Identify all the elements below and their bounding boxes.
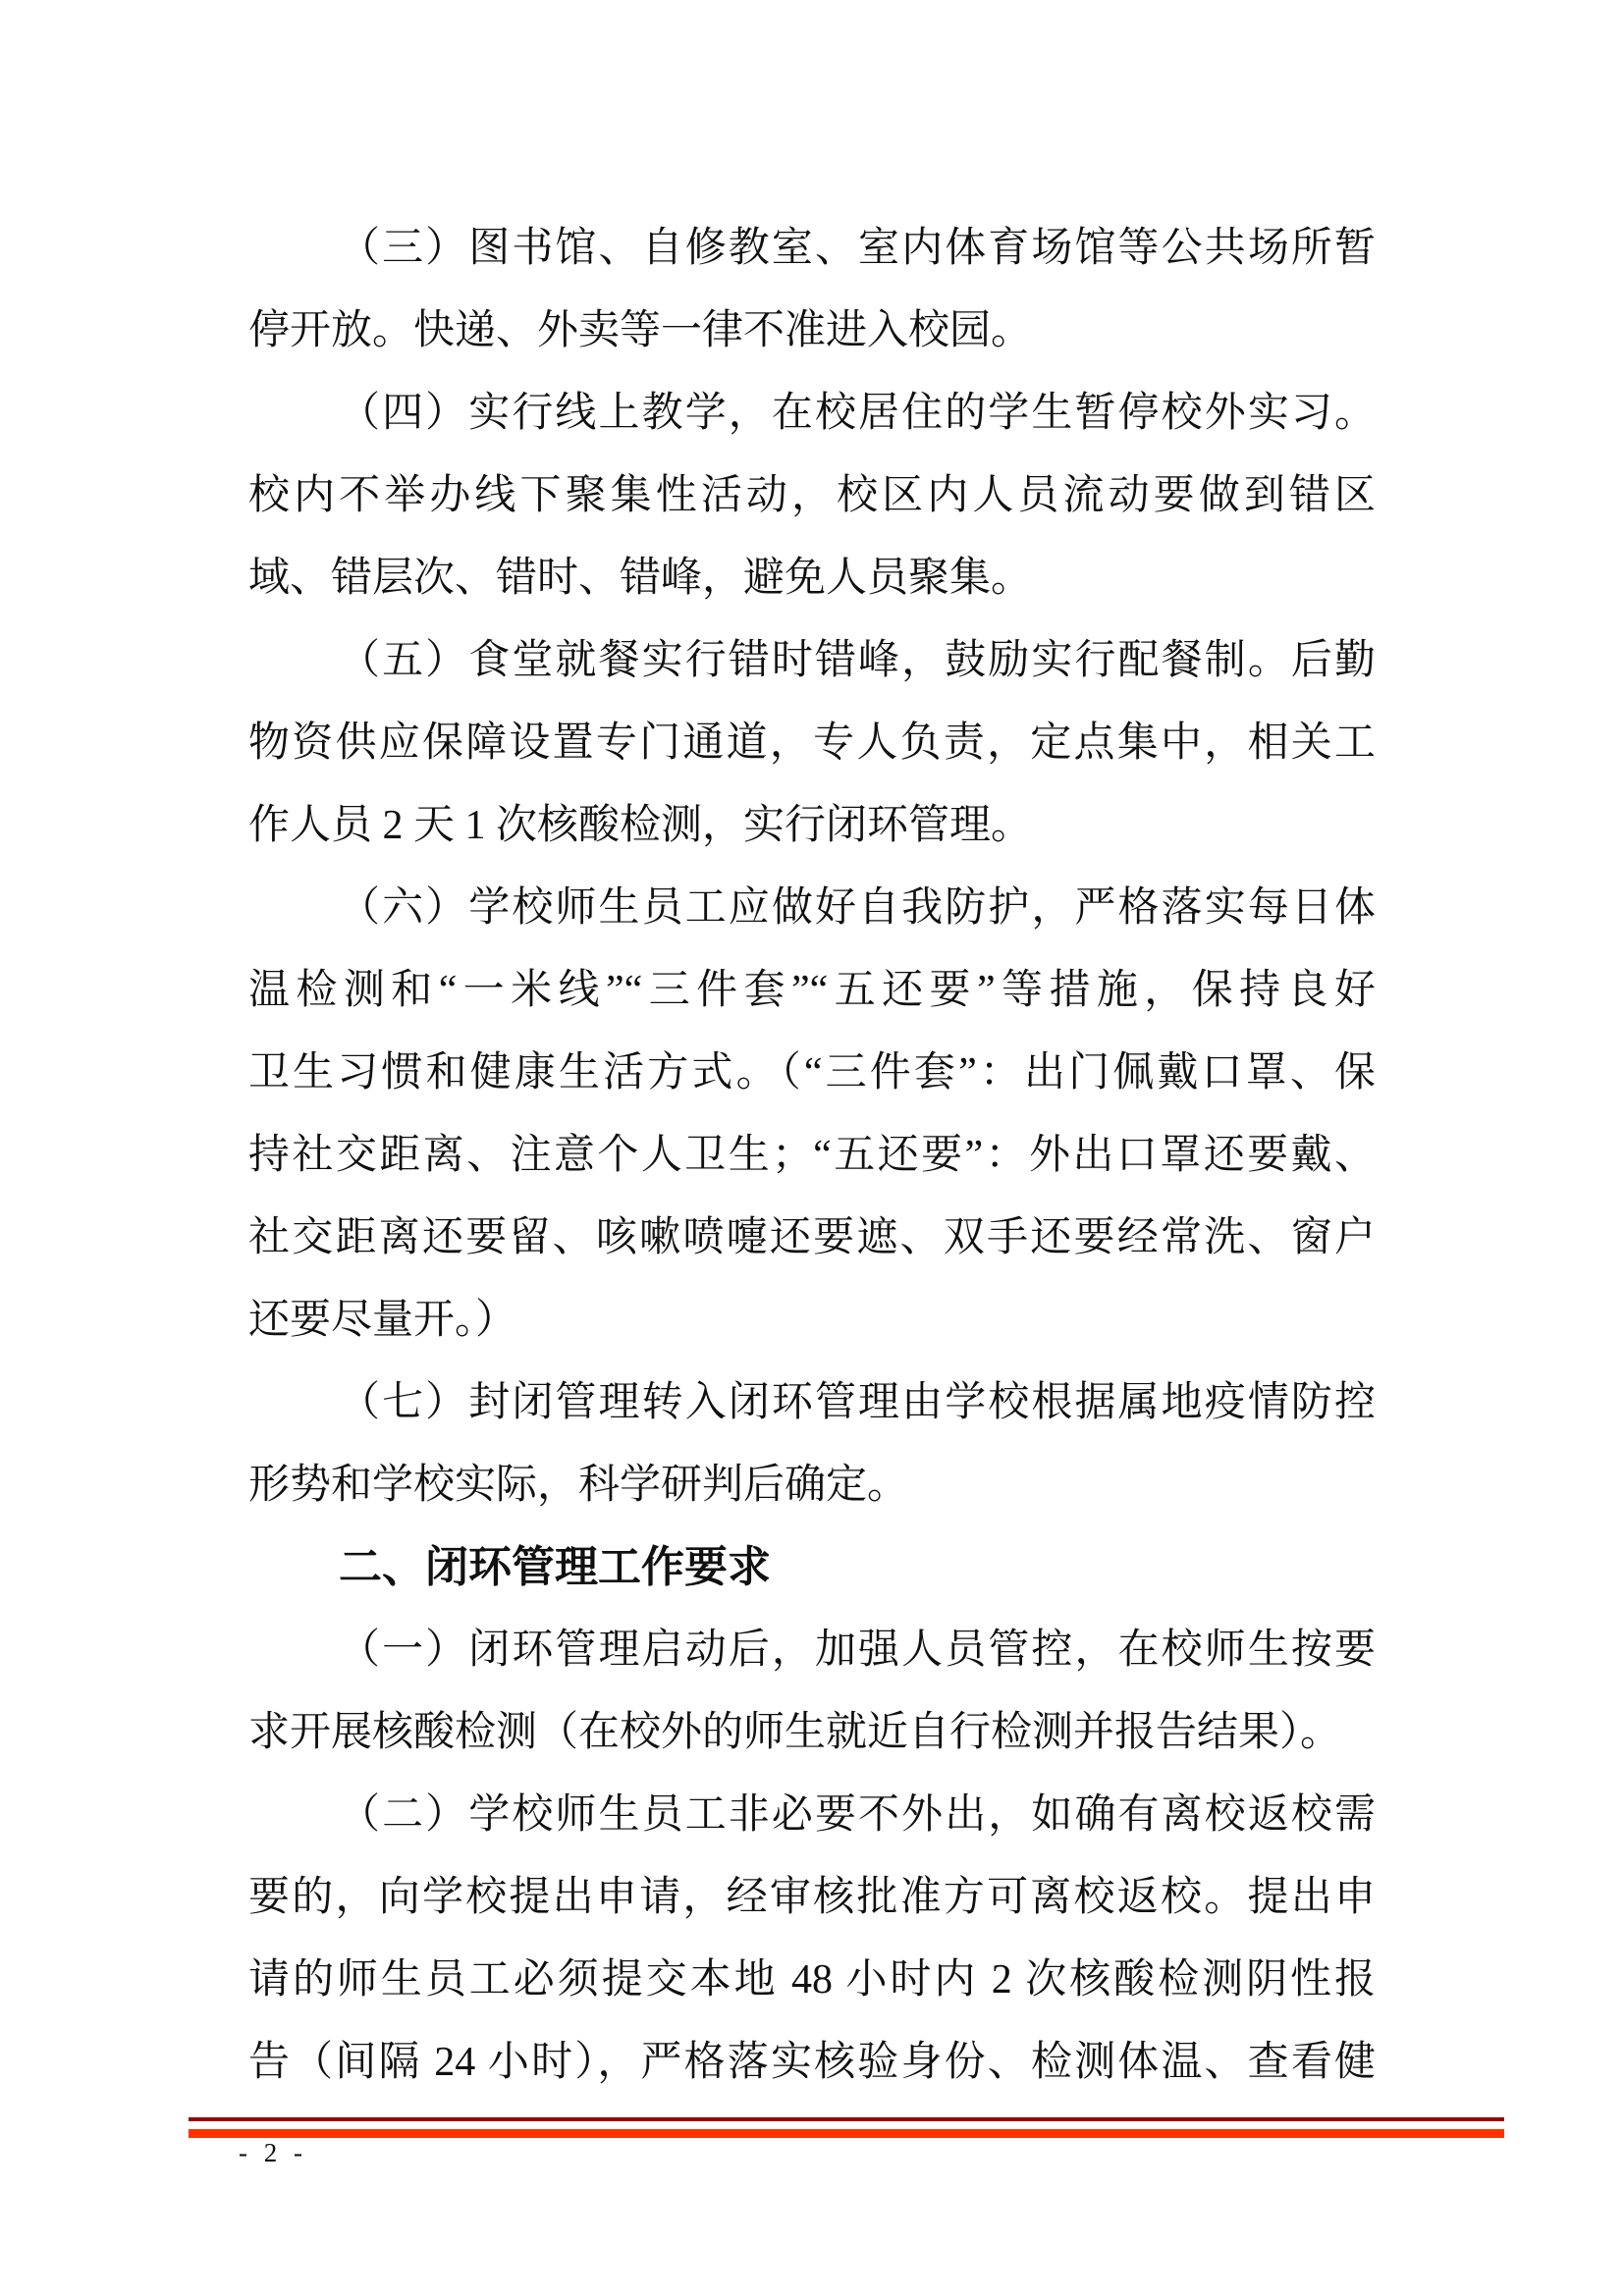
text-line: 校内不举办线下聚集性活动，校区内人员流动要做到错区 <box>248 454 1376 537</box>
text-line: （六）学校师生员工应做好自我防护，严格落实每日体 <box>248 867 1376 949</box>
text-line: 卫生习惯和健康生活方式。（“三件套”：出门佩戴口罩、保 <box>248 1032 1376 1114</box>
text-line: （一）闭环管理启动后，加强人员管控，在校师生按要 <box>248 1609 1376 1691</box>
text-line: 温检测和“一米线”“三件套”“五还要”等措施，保持良好 <box>248 949 1376 1032</box>
text-line: 物资供应保障设置专门通道，专人负责，定点集中，相关工 <box>248 702 1376 784</box>
footer-rule-orange <box>189 2129 1504 2138</box>
text-line: 形势和学校实际，科学研判后确定。 <box>248 1444 1376 1526</box>
text-line: 作人员 2 天 1 次核酸检测，实行闭环管理。 <box>248 784 1376 867</box>
text-line: （七）封闭管理转入闭环管理由学校根据属地疫情防控 <box>248 1362 1376 1444</box>
text-line: 还要尽量开。） <box>248 1279 1376 1362</box>
text-line: （二）学校师生员工非必要不外出，如确有离校返校需 <box>248 1774 1376 1856</box>
text-line: （三）图书馆、自修教室、室内体育场馆等公共场所暂 <box>248 207 1376 290</box>
text-line: 社交距离还要留、咳嗽喷嚏还要遮、双手还要经常洗、窗户 <box>248 1197 1376 1279</box>
footer-rule-dark <box>189 2117 1504 2121</box>
document-body: （三）图书馆、自修教室、室内体育场馆等公共场所暂 停开放。快递、外卖等一律不准进… <box>248 207 1376 2104</box>
text-line: （四）实行线上教学，在校居住的学生暂停校外实习。 <box>248 372 1376 454</box>
text-line: 要的，向学校提出申请，经审核批准方可离校返校。提出申 <box>248 1856 1376 1939</box>
page-number: - 2 - <box>239 2138 307 2168</box>
text-line: 告（间隔 24 小时），严格落实核验身份、检测体温、查看健 <box>248 2021 1376 2104</box>
text-line: 持社交距离、注意个人卫生；“五还要”：外出口罩还要戴、 <box>248 1114 1376 1197</box>
text-line: 停开放。快递、外卖等一律不准进入校园。 <box>248 290 1376 372</box>
text-line: 请的师生员工必须提交本地 48 小时内 2 次核酸检测阴性报 <box>248 1939 1376 2021</box>
text-line: （五）食堂就餐实行错时错峰，鼓励实行配餐制。后勤 <box>248 619 1376 702</box>
section-heading: 二、闭环管理工作要求 <box>248 1526 1376 1609</box>
text-line: 求开展核酸检测（在校外的师生就近自行检测并报告结果）。 <box>248 1691 1376 1774</box>
document-page: （三）图书馆、自修教室、室内体育场馆等公共场所暂 停开放。快递、外卖等一律不准进… <box>0 0 1624 2296</box>
text-line: 域、错层次、错时、错峰，避免人员聚集。 <box>248 537 1376 619</box>
